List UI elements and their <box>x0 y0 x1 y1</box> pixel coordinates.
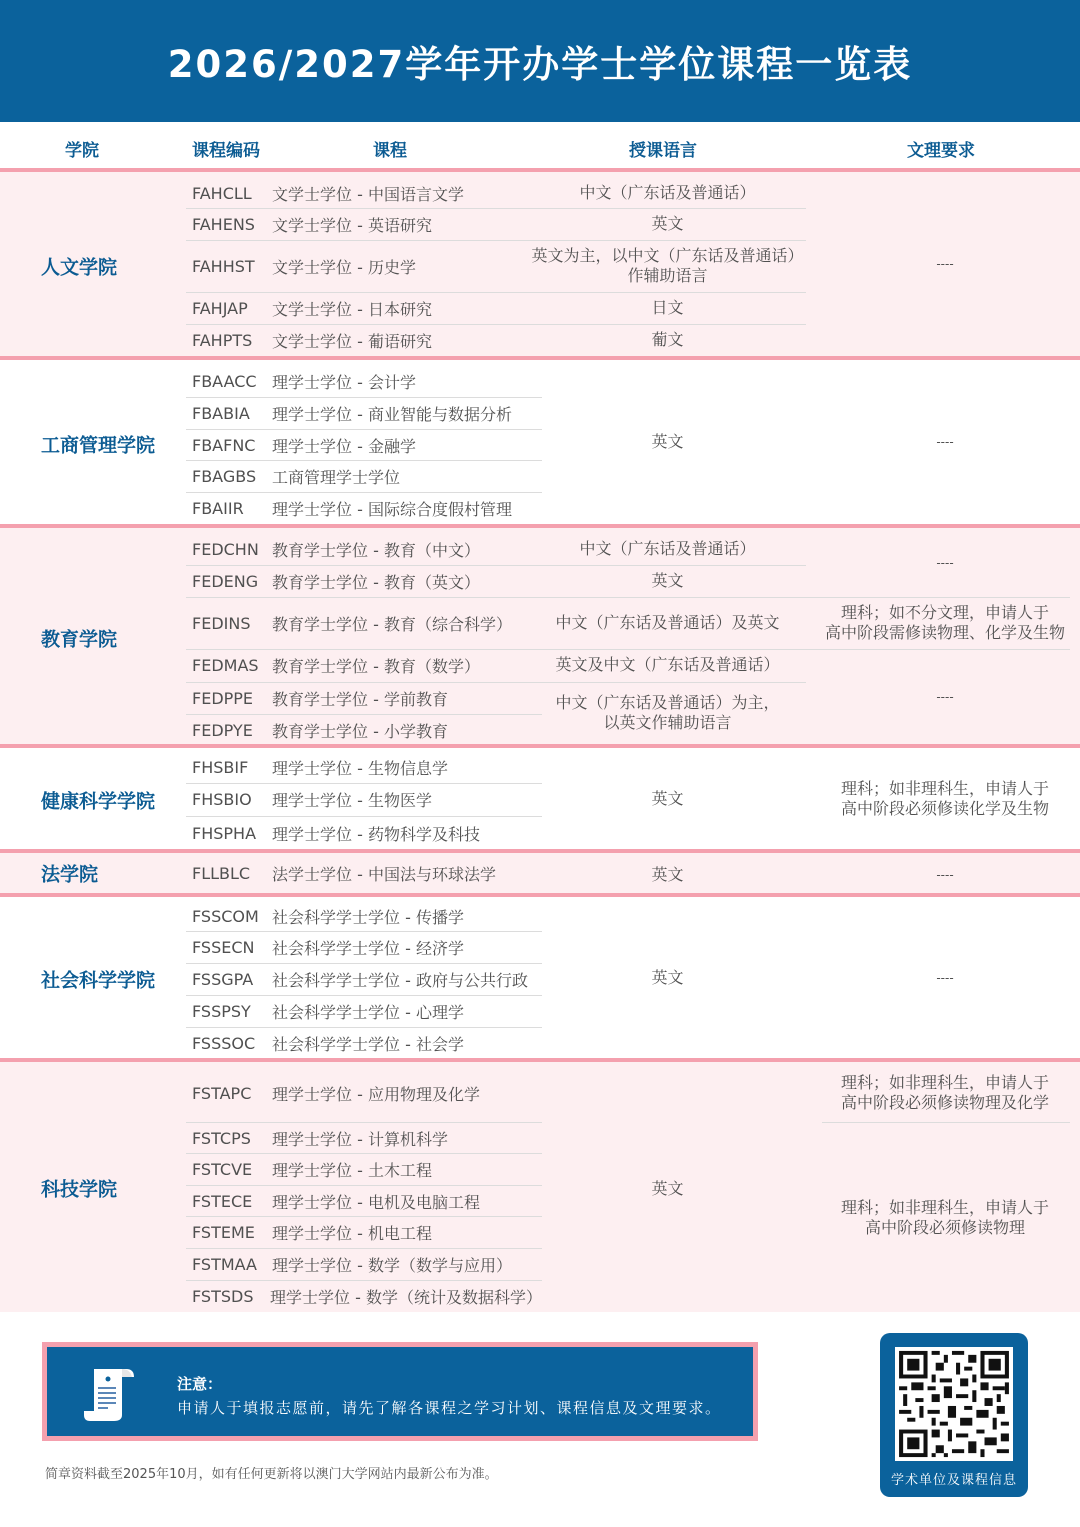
programme-row: FEDCHN教育学士学位 - 教育（中文） <box>186 534 542 564</box>
language-cell: 中文（广东话及普通话） <box>530 534 805 564</box>
programme-row: FSTCVE理学士学位 - 土木工程 <box>186 1154 542 1184</box>
faculty-section-education: 教育学院 FEDCHN教育学士学位 - 教育（中文） FEDENG教育学士学位 … <box>0 524 1080 744</box>
language-cell: 英文 <box>530 209 805 239</box>
footnote: 简章资料截至2025年10月，如有任何更新将以澳门大学网站内最新公布为准。 <box>45 1463 498 1482</box>
programme-name: 理学士学位 - 应用物理及化学 <box>272 1082 542 1105</box>
faculty-section-business: 工商管理学院 FBAACC理学士学位 - 会计学 FBABIA理学士学位 - 商… <box>0 356 1080 524</box>
scroll-document-icon <box>84 1365 134 1423</box>
faculty-name: 科技学院 <box>41 1175 117 1202</box>
language-cell: 英文 <box>530 859 805 891</box>
requirement-cell: ---- <box>820 650 1070 744</box>
col-faculty: 学院 <box>65 136 99 161</box>
programme-name: 教育学士学位 - 学前教育 <box>272 687 542 710</box>
programme-name: 文学士学位 - 英语研究 <box>272 213 542 236</box>
language-cell: 中文（广东话及普通话） <box>530 178 805 208</box>
language-cell: 中文（广东话及普通话）为主， 以英文作辅助语言 <box>530 683 805 743</box>
programme-code: FSTAPC <box>186 1084 272 1103</box>
faculty-section-health-sciences: 健康科学学院 FHSBIF理学士学位 - 生物信息学 FHSBIO理学士学位 -… <box>0 744 1080 849</box>
programme-row: FHSPHA理学士学位 - 药物科学及科技 <box>186 817 542 849</box>
faculty-section-social-sciences: 社会科学学院 FSSCOM社会科学学士学位 - 传播学 FSSECN社会科学学士… <box>0 893 1080 1058</box>
programme-code: FSTSDS <box>186 1287 270 1306</box>
faculty-name: 健康科学学院 <box>41 787 155 814</box>
programme-code: FSSPSY <box>186 1002 272 1021</box>
programme-name: 教育学士学位 - 小学教育 <box>272 719 542 742</box>
programme-code: FBAGBS <box>186 467 272 486</box>
language-cell: 英文 <box>530 566 805 596</box>
programme-code: FBAIIR <box>186 499 272 518</box>
programme-code: FEDINS <box>186 614 272 633</box>
programme-row: FEDPYE教育学士学位 - 小学教育 <box>186 715 542 745</box>
qr-card[interactable]: 学术单位及课程信息 <box>880 1333 1028 1497</box>
language-cell: 英文 <box>530 748 805 849</box>
requirement-cell: 理科；如非理科生，申请人于 高中阶段必须修读化学及生物 <box>820 748 1070 849</box>
programme-row: FLLBLC法学士学位 - 中国法与环球法学 <box>186 857 542 889</box>
programme-name: 教育学士学位 - 教育（英文） <box>272 570 542 593</box>
programme-code: FSSSOC <box>186 1034 272 1053</box>
programme-name: 理学士学位 - 计算机科学 <box>272 1127 542 1150</box>
programme-code: FEDPPE <box>186 689 272 708</box>
notice-box: 注意： 申请人于填报志愿前，请先了解各课程之学习计划、课程信息及文理要求。 <box>42 1342 758 1441</box>
language-cell: 英文 <box>530 897 805 1058</box>
programme-name: 社会科学学士学位 - 传播学 <box>272 905 542 928</box>
programme-code: FSTCVE <box>186 1160 272 1179</box>
programme-code: FBAFNC <box>186 436 272 455</box>
title-banner: 2026/2027学年开办学士学位课程一览表 <box>0 0 1080 122</box>
programme-code: FAHJAP <box>186 299 272 318</box>
programme-name: 理学士学位 - 会计学 <box>272 370 542 393</box>
programme-code: FSSCOM <box>186 907 272 926</box>
programme-row: FSTAPC理学士学位 - 应用物理及化学 <box>186 1066 542 1120</box>
programme-name: 法学士学位 - 中国法与环球法学 <box>272 862 542 885</box>
programme-name: 教育学士学位 - 教育（中文） <box>272 538 542 561</box>
programme-row: FAHPTS文学士学位 - 葡语研究 <box>186 325 542 355</box>
programme-code: FSTEME <box>186 1223 272 1242</box>
programme-name: 理学士学位 - 数学（数学与应用） <box>272 1253 542 1276</box>
programme-code: FSSGPA <box>186 970 272 989</box>
col-language: 授课语言 <box>629 136 697 161</box>
programme-row: FBAGBS工商管理学士学位 <box>186 461 542 491</box>
faculty-name: 法学院 <box>41 860 98 887</box>
programme-row: FEDMAS教育学士学位 - 教育（数学） <box>186 650 542 680</box>
qr-label: 学术单位及课程信息 <box>880 1469 1028 1488</box>
faculty-name: 人文学院 <box>41 253 117 280</box>
programme-name: 教育学士学位 - 教育（综合科学） <box>272 612 542 635</box>
col-course: 课程 <box>373 136 407 161</box>
programme-row: FSSPSY社会科学学士学位 - 心理学 <box>186 996 542 1026</box>
programme-code: FSSECN <box>186 938 272 957</box>
programme-code: FAHPTS <box>186 331 272 350</box>
requirement-cell: ---- <box>820 859 1070 891</box>
programme-code: FLLBLC <box>186 864 272 883</box>
programme-name: 理学士学位 - 土木工程 <box>272 1158 542 1181</box>
requirement-cell: 理科；如非理科生，申请人于 高中阶段必须修读物理及化学 <box>820 1066 1070 1120</box>
page-title: 2026/2027学年开办学士学位课程一览表 <box>168 34 912 88</box>
faculty-section-law: 法学院 FLLBLC法学士学位 - 中国法与环球法学 英文 ---- <box>0 849 1080 893</box>
language-cell: 英文为主，以中文（广东话及普通话） 作辅助语言 <box>530 241 805 291</box>
notice-title: 注意： <box>177 1373 222 1394</box>
programme-code: FHSPHA <box>186 824 272 843</box>
programme-code: FAHENS <box>186 215 272 234</box>
programme-row: FEDENG教育学士学位 - 教育（英文） <box>186 566 542 596</box>
qr-code-icon <box>895 1347 1013 1461</box>
language-cell: 英文及中文（广东话及普通话） <box>530 650 805 680</box>
programme-name: 社会科学学士学位 - 社会学 <box>272 1032 542 1055</box>
programme-row: FSTMAA理学士学位 - 数学（数学与应用） <box>186 1249 542 1279</box>
programme-name: 理学士学位 - 生物医学 <box>272 788 542 811</box>
programme-row: FHSBIO理学士学位 - 生物医学 <box>186 784 542 814</box>
programme-row: FSTCPS理学士学位 - 计算机科学 <box>186 1123 542 1153</box>
requirement-cell: ---- <box>820 172 1070 356</box>
programme-row: FSSCOM社会科学学士学位 - 传播学 <box>186 901 542 931</box>
programme-row: FEDINS教育学士学位 - 教育（综合科学） <box>186 598 542 648</box>
faculty-name: 社会科学学院 <box>41 966 155 993</box>
programme-row: FAHJAP文学士学位 - 日本研究 <box>186 293 542 323</box>
programme-name: 理学士学位 - 机电工程 <box>272 1221 542 1244</box>
language-cell: 日文 <box>530 293 805 323</box>
language-cell: 英文 <box>530 360 805 524</box>
faculty-section-humanities: 人文学院 FAHCLL文学士学位 - 中国语言文学 FAHENS文学士学位 - … <box>0 168 1080 356</box>
requirement-cell: ---- <box>820 897 1070 1058</box>
programme-code: FBABIA <box>186 404 272 423</box>
programme-code: FEDMAS <box>186 656 272 675</box>
programme-name: 社会科学学士学位 - 经济学 <box>272 936 542 959</box>
programme-row: FSSECN社会科学学士学位 - 经济学 <box>186 932 542 962</box>
language-cell: 中文（广东话及普通话）及英文 <box>530 598 805 648</box>
programme-row: FHSBIF理学士学位 - 生物信息学 <box>186 752 542 782</box>
programme-code: FHSBIO <box>186 790 272 809</box>
programme-name: 理学士学位 - 金融学 <box>272 434 542 457</box>
programme-name: 文学士学位 - 日本研究 <box>272 297 542 320</box>
requirement-cell: 理科；如非理科生，申请人于 高中阶段必须修读物理 <box>820 1124 1070 1312</box>
programme-row: FAHHST文学士学位 - 历史学 <box>186 241 542 291</box>
programme-name: 理学士学位 - 商业智能与数据分析 <box>272 402 542 425</box>
programme-name: 理学士学位 - 生物信息学 <box>272 756 542 779</box>
programme-name: 文学士学位 - 中国语言文学 <box>272 182 542 205</box>
programme-name: 理学士学位 - 国际综合度假村管理 <box>272 497 542 520</box>
programme-code: FAHCLL <box>186 184 272 203</box>
requirement-cell: ---- <box>820 360 1070 524</box>
programme-code: FAHHST <box>186 257 272 276</box>
programme-code: FHSBIF <box>186 758 272 777</box>
programme-name: 社会科学学士学位 - 心理学 <box>272 1000 542 1023</box>
faculty-section-science-technology: 科技学院 FSTAPC理学士学位 - 应用物理及化学 FSTCPS理学士学位 -… <box>0 1058 1080 1312</box>
programme-code: FBAACC <box>186 372 272 391</box>
programme-code: FEDENG <box>186 572 272 591</box>
column-headers: 学院 课程编码 课程 授课语言 文理要求 <box>0 122 1080 168</box>
programme-row: FSTECE理学士学位 - 电机及电脑工程 <box>186 1186 542 1216</box>
programme-name: 理学士学位 - 电机及电脑工程 <box>272 1190 542 1213</box>
faculty-name: 工商管理学院 <box>41 431 155 458</box>
programme-code: FEDPYE <box>186 721 272 740</box>
programme-name: 教育学士学位 - 教育（数学） <box>272 654 542 677</box>
programme-row: FBAACC理学士学位 - 会计学 <box>186 366 542 396</box>
programme-name: 理学士学位 - 药物科学及科技 <box>272 822 542 845</box>
programme-name: 社会科学学士学位 - 政府与公共行政 <box>272 968 542 991</box>
programme-row: FBAFNC理学士学位 - 金融学 <box>186 430 542 460</box>
col-requirement: 文理要求 <box>907 136 975 161</box>
programme-row: FEDPPE教育学士学位 - 学前教育 <box>186 683 542 713</box>
programme-code: FSTCPS <box>186 1129 272 1148</box>
col-code: 课程编码 <box>192 136 260 161</box>
programme-name: 文学士学位 - 历史学 <box>272 255 542 278</box>
programme-name: 工商管理学士学位 <box>272 465 542 488</box>
programme-code: FSTECE <box>186 1192 272 1211</box>
programme-row: FBAIIR理学士学位 - 国际综合度假村管理 <box>186 493 542 523</box>
programme-row: FAHCLL文学士学位 - 中国语言文学 <box>186 178 542 208</box>
programme-code: FEDCHN <box>186 540 272 559</box>
notice-text: 申请人于填报志愿前，请先了解各课程之学习计划、课程信息及文理要求。 <box>177 1397 722 1418</box>
requirement-cell: 理科；如不分文理，申请人于 高中阶段需修读物理、化学及生物 <box>820 598 1070 648</box>
programme-row: FBABIA理学士学位 - 商业智能与数据分析 <box>186 398 542 428</box>
requirement-cell: ---- <box>820 528 1070 597</box>
programme-name: 文学士学位 - 葡语研究 <box>272 329 542 352</box>
programme-row: FAHENS文学士学位 - 英语研究 <box>186 209 542 239</box>
programme-code: FSTMAA <box>186 1255 272 1274</box>
language-cell: 葡文 <box>530 325 805 355</box>
programme-row: FSSGPA社会科学学士学位 - 政府与公共行政 <box>186 964 542 994</box>
programme-row: FSTEME理学士学位 - 机电工程 <box>186 1217 542 1247</box>
programme-name: 理学士学位 - 数学（统计及数据科学） <box>270 1285 542 1308</box>
language-cell: 英文 <box>530 1062 805 1316</box>
programme-row: FSTSDS理学士学位 - 数学（统计及数据科学） <box>186 1281 542 1311</box>
faculty-name: 教育学院 <box>41 625 117 652</box>
programme-row: FSSSOC社会科学学士学位 - 社会学 <box>186 1028 542 1058</box>
